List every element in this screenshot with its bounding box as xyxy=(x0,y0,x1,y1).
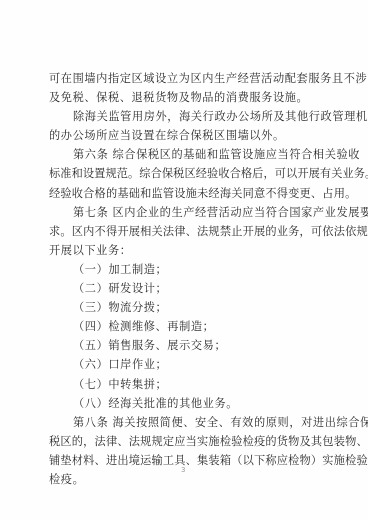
list-item: （七）中转集拼； xyxy=(49,375,325,394)
page-number: 3 xyxy=(181,466,185,474)
list-item: （四）检测维修、再制造； xyxy=(49,317,325,336)
list-item: （一）加工制造； xyxy=(49,260,325,279)
paragraph-line: 除海关监管用房外，海关行政办公场所及其他行政管理机构 xyxy=(49,107,325,126)
paragraph-line: 铺垫材料、进出境运输工具、集装箱（以下称应检物）实施检验 xyxy=(49,451,325,470)
paragraph-line: 税区的，法律、法规规定应当实施检验检疫的货物及其包装物、 xyxy=(49,432,325,451)
document-page: 可在围墙内指定区域设立为区内生产经营活动配套服务且不涉 及免税、保税、退税货物及… xyxy=(0,0,368,520)
list-item: （五）销售服务、展示交易； xyxy=(49,336,325,355)
paragraph-line: 求。区内不得开展相关法律、法规禁止开展的业务，可依法依规 xyxy=(49,222,325,241)
article-6-heading-line: 第六条 综合保税区的基础和监管设施应当符合相关验收 xyxy=(49,145,325,164)
list-item: （八）经海关批准的其他业务。 xyxy=(49,394,325,413)
list-item: （六）口岸作业； xyxy=(49,355,325,374)
list-item: （三）物流分拨； xyxy=(49,298,325,317)
list-item: （二）研发设计； xyxy=(49,279,325,298)
article-8-heading-line: 第八条 海关按照简便、安全、有效的原则，对进出综合保 xyxy=(49,413,325,432)
paragraph-line: 开展以下业务： xyxy=(49,241,325,260)
paragraph-line: 及免税、保税、退税货物及物品的消费服务设施。 xyxy=(49,88,325,107)
paragraph-line: 经验收合格的基础和监管设施未经海关同意不得变更、占用。 xyxy=(49,184,325,203)
paragraph-line: 标准和设置规范。综合保税区经验收合格后，可以开展有关业务。 xyxy=(49,164,325,183)
paragraph-line: 可在围墙内指定区域设立为区内生产经营活动配套服务且不涉 xyxy=(49,69,325,88)
paragraph-line: 的办公场所应当设置在综合保税区围墙以外。 xyxy=(49,126,325,145)
document-body: 可在围墙内指定区域设立为区内生产经营活动配套服务且不涉 及免税、保税、退税货物及… xyxy=(49,69,325,489)
paragraph-line: 检疫。 xyxy=(49,470,325,489)
article-7-heading-line: 第七条 区内企业的生产经营活动应当符合国家产业发展要 xyxy=(49,203,325,222)
